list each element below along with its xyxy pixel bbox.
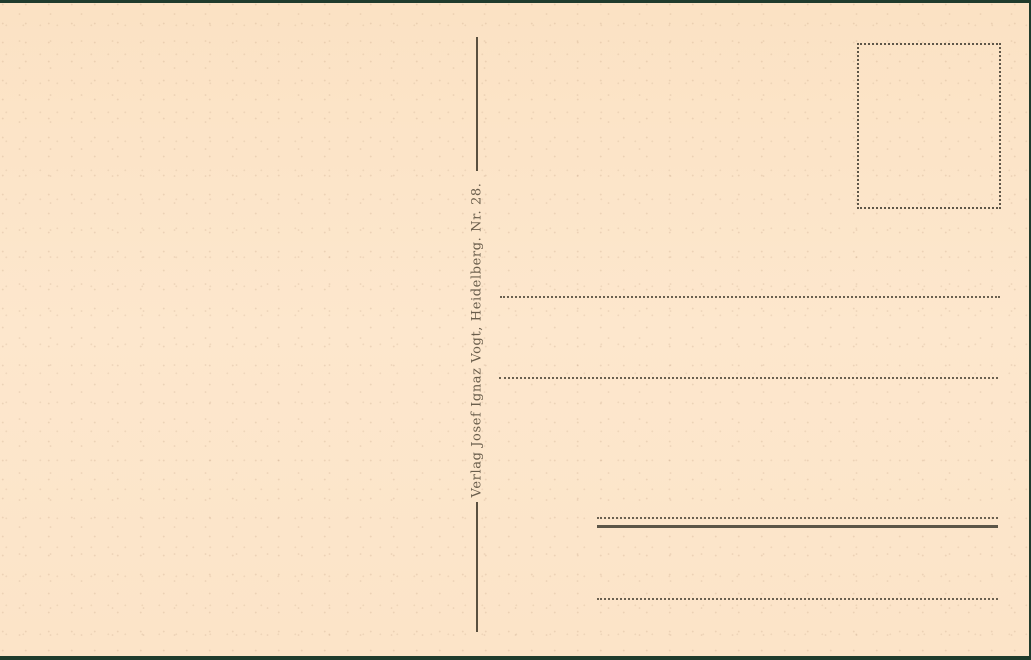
address-line-2 (499, 377, 998, 379)
divider-line-bottom (476, 502, 478, 632)
address-line-1 (500, 296, 1000, 298)
address-line-4 (597, 598, 998, 600)
address-underline (597, 525, 998, 528)
divider-line-top (476, 37, 478, 171)
publisher-imprint: Verlag Josef Ignaz Vogt, Heidelberg. Nr.… (470, 183, 485, 498)
address-line-3 (597, 517, 998, 519)
stamp-box (857, 43, 1001, 209)
postcard-back: Verlag Josef Ignaz Vogt, Heidelberg. Nr.… (0, 3, 1029, 656)
